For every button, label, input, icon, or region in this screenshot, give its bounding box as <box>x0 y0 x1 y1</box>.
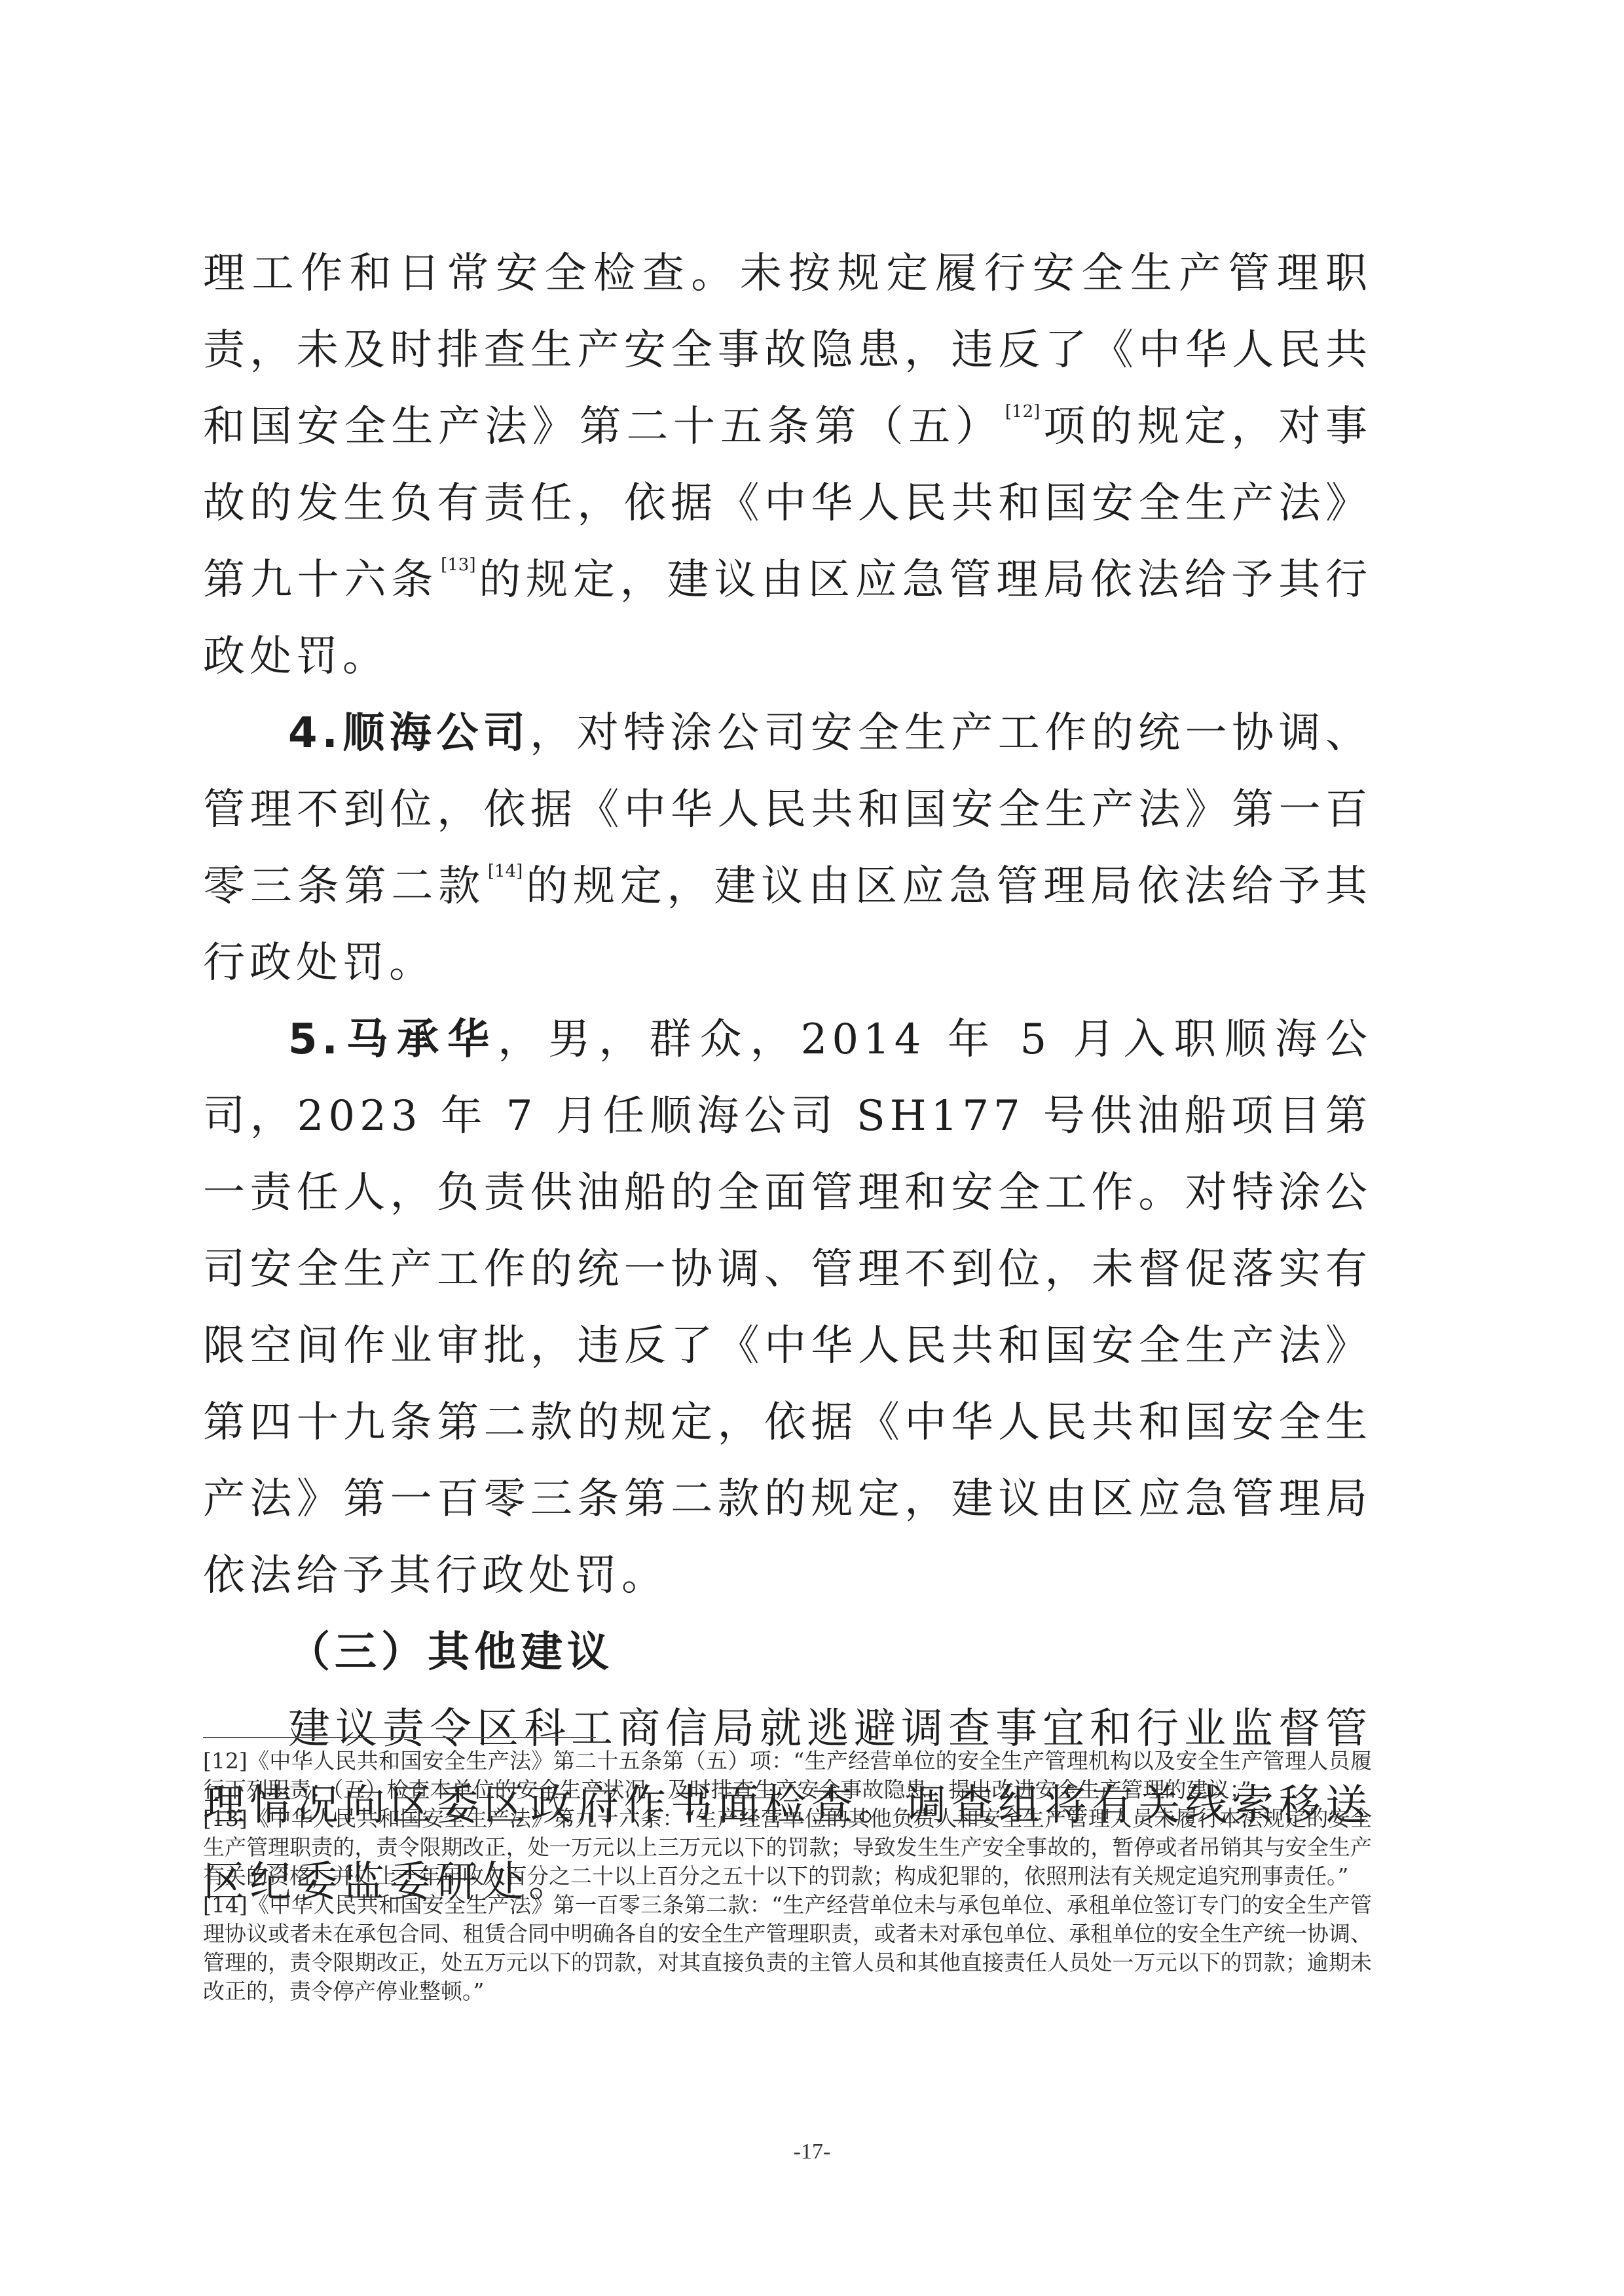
footnote-marker: [12] <box>203 1748 248 1774</box>
footnote-marker: [14] <box>203 1892 248 1918</box>
paragraph-lead: 5.马承华 <box>288 1015 498 1064</box>
footnote-ref-12[interactable]: [12] <box>1005 402 1040 422</box>
paragraph-continuation: 理工作和日常安全检查。未按规定履行安全生产管理职责，未及时排查生产安全事故隐患，… <box>203 236 1372 695</box>
paragraph-text: ，男，群众，2014 年 5 月入职顺海公司，2023 年 7 月任顺海公司 S… <box>203 1015 1372 1600</box>
page-number: -17- <box>0 2140 1624 2164</box>
footnotes: [12]《中华人民共和国安全生产法》第二十五条第（五）项：“生产经营单位的安全生… <box>203 1747 1372 2006</box>
section-heading: （三）其他建议 <box>203 1614 1372 1691</box>
paragraph-lead: 4.顺海公司 <box>288 709 530 757</box>
footnote-13: [13]《中华人民共和国安全生产法》第九十六条：“生产经营单位的其他负责人和安全… <box>203 1804 1372 1891</box>
footnote-text: 《中华人民共和国安全生产法》第一百零三条第二款：“生产经营单位未与承包单位、承租… <box>203 1892 1372 2004</box>
footnote-12: [12]《中华人民共和国安全生产法》第二十五条第（五）项：“生产经营单位的安全生… <box>203 1747 1372 1804</box>
footnote-text: 《中华人民共和国安全生产法》第二十五条第（五）项：“生产经营单位的安全生产管理机… <box>203 1748 1372 1802</box>
footnote-divider <box>203 1737 596 1738</box>
footnote-marker: [13] <box>203 1806 248 1831</box>
footnote-14: [14]《中华人民共和国安全生产法》第一百零三条第二款：“生产经营单位未与承包单… <box>203 1891 1372 2006</box>
footnote-ref-13[interactable]: [13] <box>441 555 475 575</box>
footnote-ref-14[interactable]: [14] <box>488 862 523 881</box>
body-text: 理工作和日常安全检查。未按规定履行安全生产管理职责，未及时排查生产安全事故隐患，… <box>203 236 1372 1921</box>
paragraph-ma-chenghua: 5.马承华，男，群众，2014 年 5 月入职顺海公司，2023 年 7 月任顺… <box>203 1002 1372 1614</box>
footnote-text: 《中华人民共和国安全生产法》第九十六条：“生产经营单位的其他负责人和安全生产管理… <box>203 1806 1372 1889</box>
paragraph-shunhai-company: 4.顺海公司，对特涂公司安全生产工作的统一协调、管理不到位，依据《中华人民共和国… <box>203 695 1372 1002</box>
